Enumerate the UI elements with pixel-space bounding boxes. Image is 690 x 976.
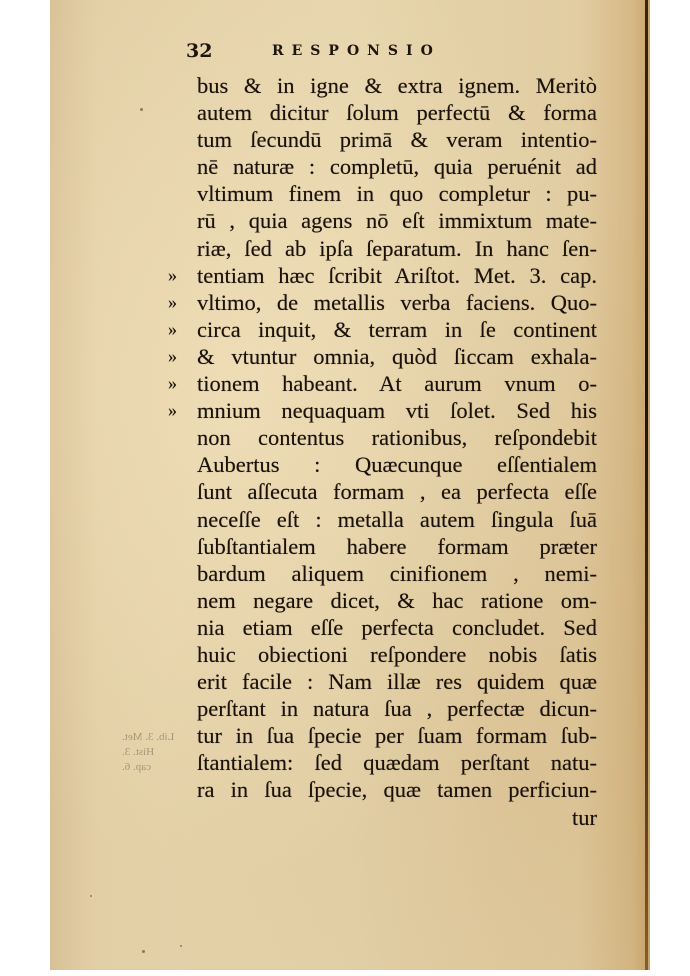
margin-note-line: cap. 6. <box>122 760 192 775</box>
catchword-line: tur <box>197 804 597 831</box>
line-text: mnium nequaquam vti ſolet. Sed his <box>197 398 597 423</box>
line-text: vltimum finem in quo completur : pu- <box>197 181 597 206</box>
line-text: neceſſe eſt : metalla autem ſingula ſuā <box>197 507 597 532</box>
page-number: 32 <box>186 40 212 62</box>
line-text: ra in ſua ſpecie, quæ tamen perficiun- <box>197 777 597 802</box>
line-text: tentiam hæc ſcribit Ariſtot. Met. 3. cap… <box>197 263 597 288</box>
line-text: tionem habeant. At aurum vnum o- <box>197 371 597 396</box>
line-text: & vtuntur omnia, quòd ſiccam exhala- <box>197 344 597 369</box>
line-text: non contentus rationibus, reſpondebit <box>197 425 597 450</box>
page-edge-shadow <box>645 0 648 970</box>
text-line: neceſſe eſt : metalla autem ſingula ſuā <box>197 506 597 533</box>
text-line: autem dicitur ſolum perfectū & forma <box>197 99 597 126</box>
quotation-mark-icon: » <box>168 262 175 289</box>
text-line: rū , quia agens nō eſt immixtum mate- <box>197 207 597 234</box>
text-line: ſunt aſſecuta formam , ea perfecta eſſe <box>197 478 597 505</box>
paper-speck <box>180 945 182 947</box>
catchword: tur <box>572 805 597 830</box>
text-line: perſtant in natura ſua , perfectæ dicun- <box>197 695 597 722</box>
text-line: tur in ſua ſpecie per ſuam formam ſub- <box>197 722 597 749</box>
text-line: erit facile : Nam illæ res quidem quæ <box>197 668 597 695</box>
line-text: tur in ſua ſpecie per ſuam formam ſub- <box>197 723 597 748</box>
quoted-text-line: »tentiam hæc ſcribit Ariſtot. Met. 3. ca… <box>197 262 597 289</box>
quoted-text-line: »circa inquit, & terram in ſe continent <box>197 316 597 343</box>
line-text: nē naturæ : completū, quia peruénit ad <box>197 154 597 179</box>
line-text: vltimo, de metallis verba faciens. Quo- <box>197 290 597 315</box>
line-text: autem dicitur ſolum perfectū & forma <box>197 100 597 125</box>
text-line: huic obiectioni reſpondere nobis ſatis <box>197 641 597 668</box>
quoted-text-line: »tionem habeant. At aurum vnum o- <box>197 370 597 397</box>
text-line: riæ, ſed ab ipſa ſeparatum. In hanc ſen- <box>197 235 597 262</box>
paper-speck <box>140 108 143 111</box>
line-text: huic obiectioni reſpondere nobis ſatis <box>197 642 597 667</box>
text-line: nia etiam eſſe perfecta concludet. Sed <box>197 614 597 641</box>
text-line: ſubſtantialem habere formam præter <box>197 533 597 560</box>
line-text: bardum aliquem cinifionem , nemi- <box>197 561 597 586</box>
line-text: bus & in igne & extra ignem. Meritò <box>197 73 597 98</box>
line-text: tum ſecundū primā & veram intentio- <box>197 127 597 152</box>
text-line: ra in ſua ſpecie, quæ tamen perficiun- <box>197 776 597 803</box>
body-text: bus & in igne & extra ignem. Meritò aute… <box>197 72 597 831</box>
text-line: tum ſecundū primā & veram intentio- <box>197 126 597 153</box>
line-text: nia etiam eſſe perfecta concludet. Sed <box>197 615 597 640</box>
line-text: rū , quia agens nō eſt immixtum mate- <box>197 208 597 233</box>
margin-note-line: Hist. 3. <box>122 745 192 760</box>
quoted-text-line: »vltimo, de metallis verba faciens. Quo- <box>197 289 597 316</box>
line-text: nem negare dicet, & hac ratione om- <box>197 588 597 613</box>
line-text: perſtant in natura ſua , perfectæ dicun- <box>197 696 597 721</box>
text-line: vltimum finem in quo completur : pu- <box>197 180 597 207</box>
book-page: 32 RESPONSIO Lib. 3. Met. Hist. 3. cap. … <box>50 0 650 970</box>
quotation-mark-icon: » <box>168 316 175 343</box>
line-text: riæ, ſed ab ipſa ſeparatum. In hanc ſen- <box>197 236 597 261</box>
running-title: RESPONSIO <box>272 43 441 59</box>
text-line: nē naturæ : completū, quia peruénit ad <box>197 153 597 180</box>
margin-note-line: Lib. 3. Met. <box>122 730 192 745</box>
text-line: bardum aliquem cinifionem , nemi- <box>197 560 597 587</box>
text-line: nem negare dicet, & hac ratione om- <box>197 587 597 614</box>
line-text: Aubertus : Quæcunque eſſentialem <box>197 452 597 477</box>
text-line: non contentus rationibus, reſpondebit <box>197 424 597 451</box>
line-text: ſtantialem: ſed quædam perſtant natu- <box>197 750 597 775</box>
quotation-mark-icon: » <box>168 343 175 370</box>
line-text: ſunt aſſecuta formam , ea perfecta eſſe <box>197 479 597 504</box>
line-text: ſubſtantialem habere formam præter <box>197 534 597 559</box>
quotation-mark-icon: » <box>168 370 175 397</box>
text-line: ſtantialem: ſed quædam perſtant natu- <box>197 749 597 776</box>
paper-speck <box>142 950 145 953</box>
line-text: erit facile : Nam illæ res quidem quæ <box>197 669 597 694</box>
quoted-text-line: »mnium nequaquam vti ſolet. Sed his <box>197 397 597 424</box>
quotation-mark-icon: » <box>168 397 175 424</box>
quotation-mark-icon: » <box>168 289 175 316</box>
paper-speck <box>90 895 92 897</box>
text-line: Aubertus : Quæcunque eſſentialem <box>197 451 597 478</box>
quoted-text-line: »& vtuntur omnia, quòd ſiccam exhala- <box>197 343 597 370</box>
text-line: bus & in igne & extra ignem. Meritò <box>197 72 597 99</box>
running-head: 32 RESPONSIO <box>180 40 600 66</box>
line-text: circa inquit, & terram in ſe continent <box>197 317 597 342</box>
margin-bleed-through: Lib. 3. Met. Hist. 3. cap. 6. <box>122 730 192 775</box>
